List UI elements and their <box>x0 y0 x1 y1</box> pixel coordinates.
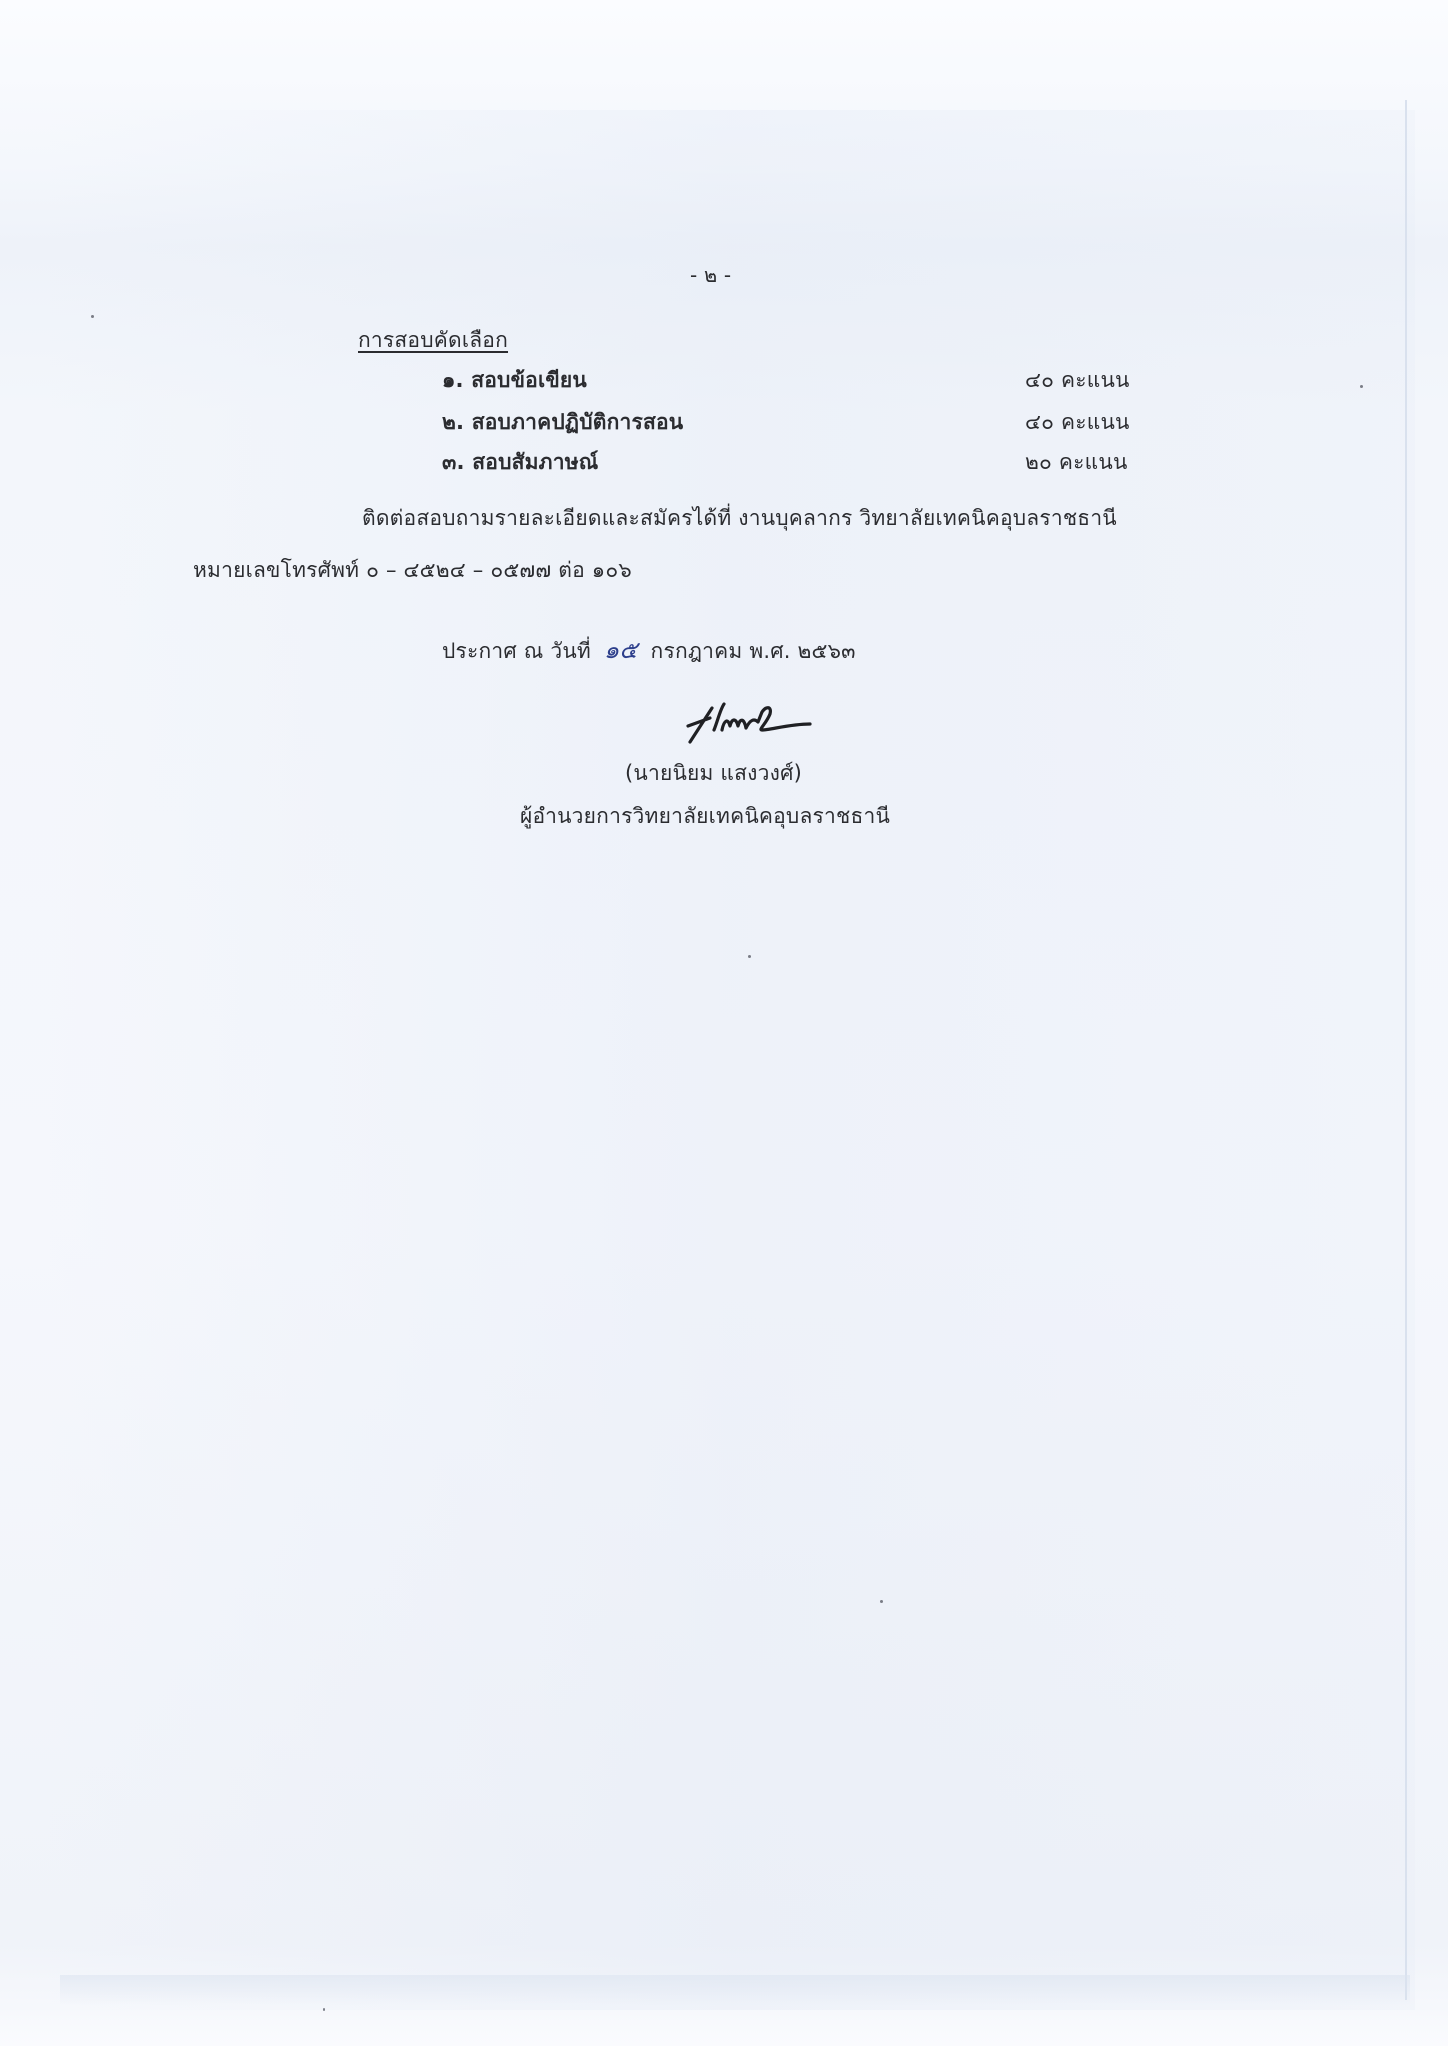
page-number: - ๒ - <box>690 265 731 285</box>
selection-item-score: ๔๐ คะแนน <box>1025 370 1130 391</box>
scan-speck <box>1360 385 1363 388</box>
contact-phone-line: หมายเลขโทรศัพท์ ๐ – ๔๕๒๔ – ๐๕๗๗ ต่อ ๑๐๖ <box>193 560 632 581</box>
selection-item-label: ๒. สอบภาคปฏิบัติการสอน <box>442 412 683 433</box>
scan-speck <box>880 1600 883 1603</box>
announcement-suffix: กรกฎาคม พ.ศ. ๒๕๖๓ <box>651 639 856 663</box>
selection-item-label: ๑. สอบข้อเขียน <box>442 370 587 391</box>
scan-edge-line <box>1405 100 1407 2000</box>
announcement-prefix: ประกาศ ณ วันที่ <box>442 639 591 663</box>
contact-info-line: ติดต่อสอบถามรายละเอียดและสมัครได้ที่ งาน… <box>362 508 1117 529</box>
handwritten-day: ๑๕ <box>604 636 638 664</box>
signature-icon <box>670 690 820 750</box>
signer-position: ผู้อำนวยการวิทยาลัยเทคนิคอุบลราชธานี <box>520 806 890 827</box>
selection-item-score: ๒๐ คะแนน <box>1025 452 1128 473</box>
scan-speck <box>323 2008 325 2011</box>
selection-item-label: ๓. สอบสัมภาษณ์ <box>442 452 598 473</box>
scan-speck <box>748 955 751 958</box>
section-heading: การสอบคัดเลือก <box>358 330 508 351</box>
scan-speck <box>91 315 94 318</box>
scan-bottom-shadow <box>60 1975 1410 2005</box>
selection-item-score: ๔๐ คะแนน <box>1025 412 1130 433</box>
announcement-date: ประกาศ ณ วันที่ ๑๕ กรกฎาคม พ.ศ. ๒๕๖๓ <box>442 638 856 662</box>
scan-shading <box>45 110 1415 2010</box>
scanned-document-page: - ๒ - การสอบคัดเลือก ๑. สอบข้อเขียน ๔๐ ค… <box>0 0 1448 2046</box>
signer-name: (นายนิยม แสงวงศ์) <box>625 763 802 784</box>
